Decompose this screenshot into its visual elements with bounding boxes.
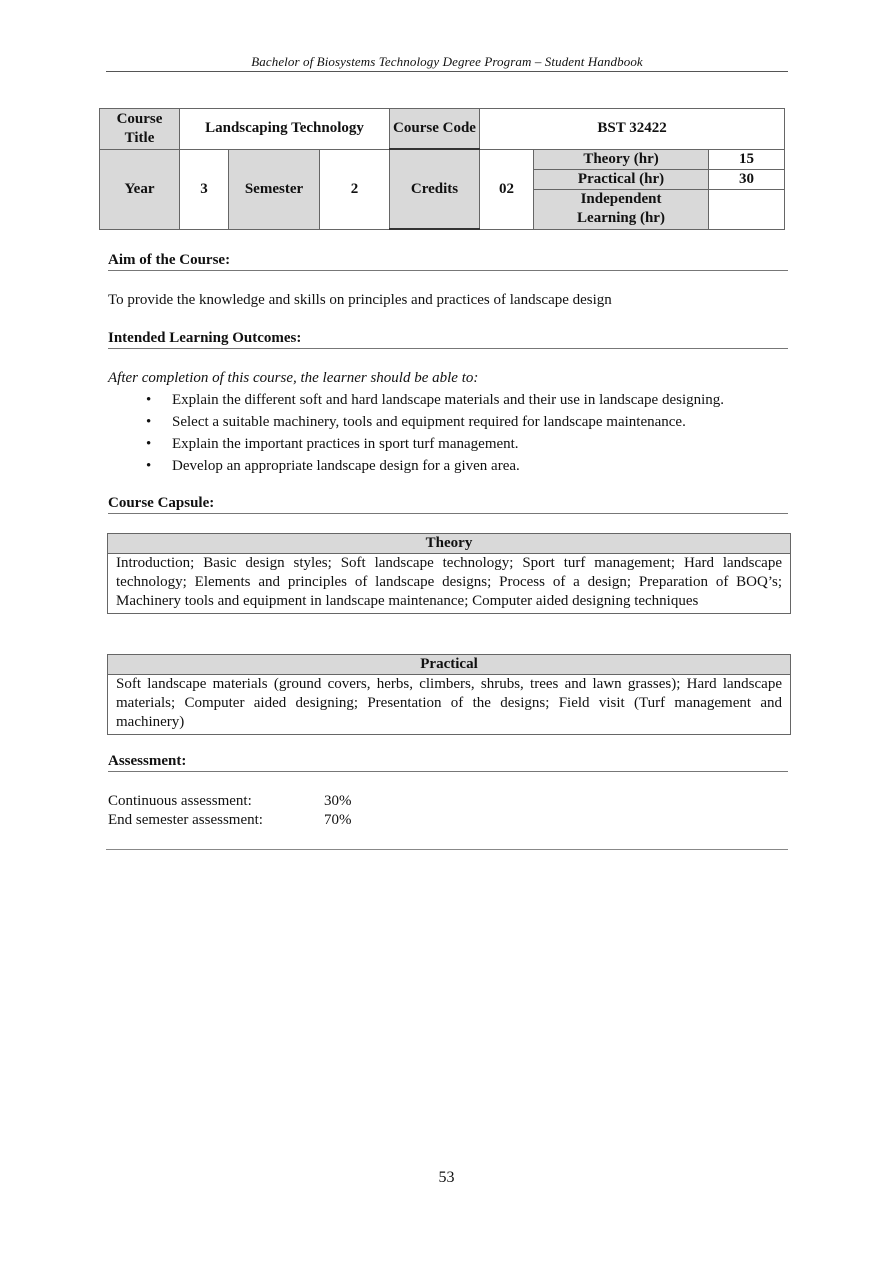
capsule-heading: Course Capsule: [108,494,788,514]
course-title-label: Course Title [100,109,180,150]
practical-hours-value: 30 [709,169,785,189]
course-code-label: Course Code [390,109,480,150]
list-item: •Develop an appropriate landscape design… [172,455,788,477]
bullet-icon: • [146,455,151,477]
ilo-intro: After completion of this course, the lea… [108,369,788,388]
course-title-value: Landscaping Technology [180,109,390,150]
aim-text: To provide the knowledge and skills on p… [108,291,788,310]
ilo-heading: Intended Learning Outcomes: [108,329,788,349]
assessment-value: 30% [324,792,352,811]
theory-hours-label: Theory (hr) [534,149,709,169]
year-label: Year [100,149,180,229]
assessment-section: Assessment: Continuous assessment: 30% E… [108,752,788,830]
capsule-section: Course Capsule: [108,494,788,514]
assessment-row-continuous: Continuous assessment: 30% [108,792,788,811]
page-number: 53 [0,1169,893,1187]
list-item: •Explain the different soft and hard lan… [172,389,788,411]
course-info-table: Course Title Landscaping Technology Cour… [99,108,785,230]
practical-hours-label: Practical (hr) [534,169,709,189]
practical-heading: Practical [108,655,790,675]
theory-capsule-box: Theory Introduction; Basic design styles… [107,533,791,614]
theory-hours-value: 15 [709,149,785,169]
ilo-list: •Explain the different soft and hard lan… [108,389,788,477]
ilo-section: Intended Learning Outcomes: After comple… [108,329,788,477]
assessment-heading: Assessment: [108,752,788,772]
year-value: 3 [180,149,229,229]
practical-content: Soft landscape materials (ground covers,… [108,675,790,734]
header-divider [106,71,788,72]
assessment-row-end-semester: End semester assessment: 70% [108,811,788,830]
aim-heading: Aim of the Course: [108,251,788,271]
independent-learning-value [709,189,785,229]
course-code-value: BST 32422 [480,109,785,150]
bullet-icon: • [146,389,151,411]
practical-capsule-box: Practical Soft landscape materials (grou… [107,654,791,735]
list-item: •Explain the important practices in spor… [172,433,788,455]
assessment-label: End semester assessment: [108,811,324,830]
aim-section: Aim of the Course: To provide the knowle… [108,251,788,310]
bullet-icon: • [146,411,151,433]
theory-heading: Theory [108,534,790,554]
list-item: •Select a suitable machinery, tools and … [172,411,788,433]
credits-value: 02 [480,149,534,229]
semester-value: 2 [320,149,390,229]
running-header: Bachelor of Biosystems Technology Degree… [106,54,788,70]
independent-learning-label: Independent Learning (hr) [534,189,709,229]
credits-label: Credits [390,149,480,229]
theory-content: Introduction; Basic design styles; Soft … [108,554,790,613]
section-end-divider [106,849,788,850]
bullet-icon: • [146,433,151,455]
assessment-label: Continuous assessment: [108,792,324,811]
semester-label: Semester [229,149,320,229]
assessment-value: 70% [324,811,352,830]
